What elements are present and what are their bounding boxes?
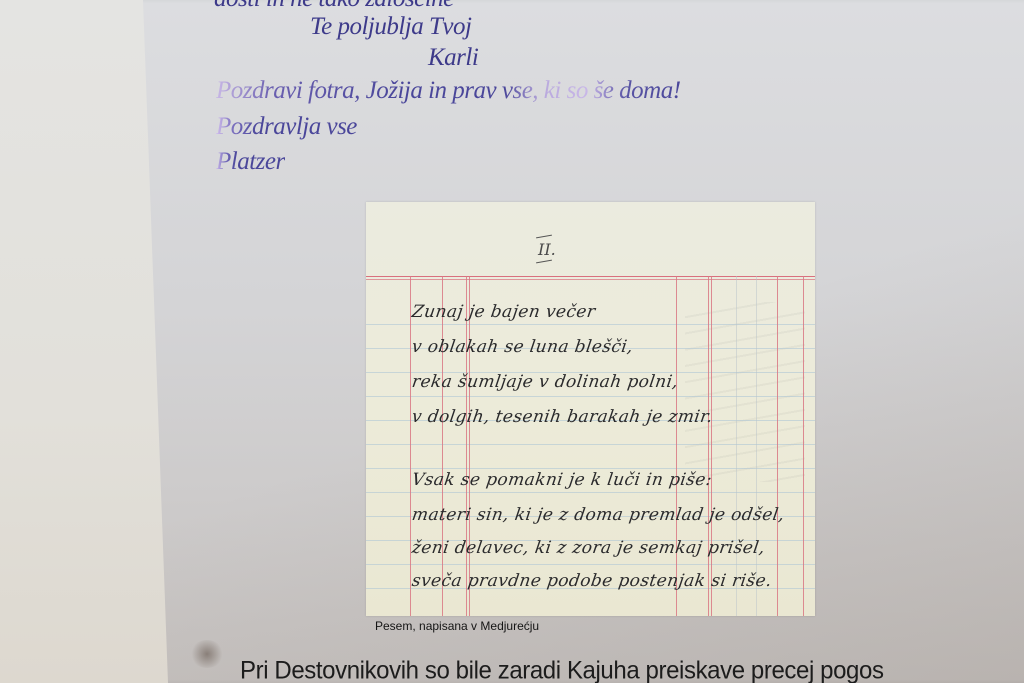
- poem-line: sveča pravdne podobe postenjak si riše.: [411, 571, 774, 591]
- red-column-line: [466, 276, 467, 616]
- poem-line: Vsak se pomakni je k luči in piše:: [411, 470, 714, 490]
- letter-postscript-3: Platzer: [216, 148, 285, 176]
- page-marker: II.: [538, 240, 556, 259]
- red-column-line: [708, 276, 709, 616]
- ruling-line: [366, 324, 815, 325]
- red-header-line: [366, 276, 815, 277]
- ruling-line: [366, 492, 815, 493]
- letter-postscript-1: Pozdravi fotra, Jožija in prav vse, ki s…: [216, 77, 681, 105]
- ruling-line: [366, 468, 815, 469]
- red-header-line: [366, 279, 815, 280]
- red-column-line: [410, 276, 411, 616]
- red-column-line: [777, 276, 778, 616]
- grey-column-line: [756, 276, 757, 616]
- poem-line: Zunaj je bajen večer: [411, 302, 597, 322]
- red-column-line: [442, 276, 443, 616]
- poem-line: materi sin, ki je z doma premlad je odše…: [411, 505, 786, 525]
- red-column-line: [469, 276, 470, 616]
- manuscript-image: II. Zunaj je bajen večer v oblakah se lu…: [366, 202, 815, 616]
- letter-closing: Te poljublja Tvoj: [310, 13, 471, 41]
- ruling-line: [366, 564, 815, 565]
- red-column-line: [803, 276, 804, 616]
- body-paragraph: Pri Destovnikovih so bile zaradi Kajuha …: [240, 656, 884, 683]
- letter-postscript-2: Pozdravlja vse: [216, 113, 357, 141]
- ruling-line: [366, 396, 815, 397]
- grey-column-line: [736, 276, 737, 616]
- poem-line: v dolgih, tesenih barakah je zmir.: [411, 407, 714, 427]
- ruling-line: [366, 444, 815, 445]
- ink-bleed-through: [685, 302, 805, 482]
- poem-line: reka šumljaje v dolinah polni,: [411, 372, 680, 392]
- manuscript-caption: Pesem, napisana v Medjurećju: [375, 619, 539, 633]
- letter-signature: Karli: [428, 44, 478, 72]
- red-column-line: [676, 276, 677, 616]
- poem-line: v oblakah se luna blešči,: [411, 337, 635, 357]
- poem-line: ženi delavec, ki z zora je semkaj prišel…: [411, 538, 767, 558]
- letter-line-cut-top: dosti in ne tako zaloščine: [214, 0, 454, 13]
- panel-smudge: [190, 640, 224, 668]
- red-column-line: [711, 276, 712, 616]
